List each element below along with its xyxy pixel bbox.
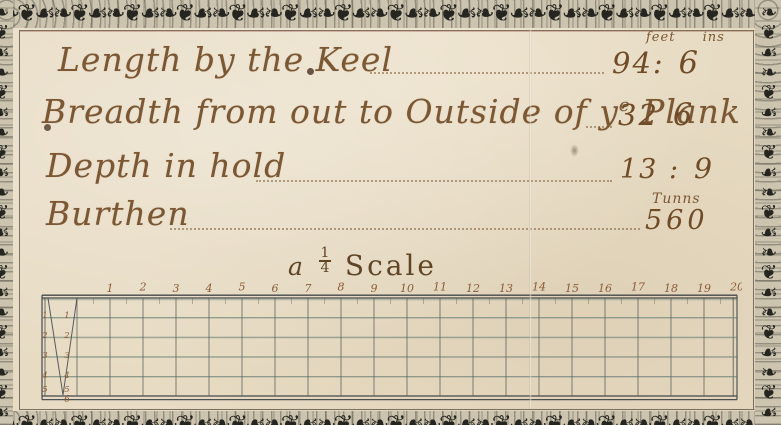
svg-text:14: 14 (532, 282, 546, 294)
value-feet: 13 : (620, 154, 680, 185)
svg-text:1: 1 (107, 282, 114, 295)
spec-row-burthen-label: Burthen (46, 194, 190, 233)
fraction-denominator: 4 (320, 263, 329, 274)
svg-text:4: 4 (63, 371, 69, 381)
engraved-border-top: ❧❦☙❧❦☙❧❦☙❧❦☙❧❦☙❧❦☙❧❦☙❧❦☙❧❦☙❧❦☙❧❦☙❧❦☙❧❦☙❧… (0, 0, 781, 28)
svg-text:13: 13 (499, 282, 513, 295)
svg-text:9: 9 (371, 282, 378, 295)
dotted-leader (170, 206, 640, 230)
svg-text:12: 12 (466, 282, 480, 295)
svg-text:16: 16 (598, 282, 612, 295)
engraved-border-right: ❧❦☙❧❦☙❧❦☙❧❦☙❧❦☙❧❦☙❧❦☙❧❦☙❧❦☙❧❦☙❧❦☙❧❦☙❧❦☙❧… (755, 0, 781, 425)
svg-text:20: 20 (729, 282, 742, 294)
spec-row-length-keel-label: Length by the Keel (58, 40, 393, 79)
value-inches: 6 (673, 98, 694, 133)
dotted-leader (256, 158, 612, 182)
spec-row-burthen-value: 560 (645, 205, 709, 236)
value-feet: 94: (612, 46, 665, 80)
units-feet-label: feet (646, 30, 675, 45)
paper-fold-crease (529, 29, 532, 409)
svg-text:17: 17 (631, 282, 645, 294)
dotted-leader (370, 50, 604, 74)
svg-text:1: 1 (64, 311, 69, 321)
svg-text:1: 1 (42, 311, 47, 321)
svg-text:15: 15 (565, 282, 579, 295)
svg-text:2: 2 (139, 282, 147, 294)
spec-row-depth-label: Depth in hold (46, 146, 286, 185)
engraved-border-bottom: ❧❦☙❧❦☙❧❦☙❧❦☙❧❦☙❧❦☙❧❦☙❧❦☙❧❦☙❧❦☙❧❦☙❧❦☙❧❦☙❧… (0, 411, 781, 425)
svg-text:5: 5 (42, 385, 47, 395)
svg-text:18: 18 (664, 282, 678, 295)
svg-text:11: 11 (433, 282, 447, 294)
svg-text:5: 5 (239, 282, 246, 294)
svg-text:10: 10 (400, 282, 414, 295)
paper-stain (570, 144, 579, 157)
quarter-scale-ruler: 1234567891011121314151617181920123451234… (40, 282, 742, 404)
svg-text:8: 8 (338, 282, 345, 294)
scale-fraction: 1 4 (319, 248, 331, 274)
units-inches-label: ins (703, 30, 725, 45)
svg-text:2: 2 (41, 331, 47, 341)
spec-row-depth-value: 13 :9 (620, 152, 714, 185)
svg-text:6: 6 (272, 282, 279, 295)
svg-text:2: 2 (63, 331, 69, 341)
svg-text:5: 5 (64, 385, 69, 395)
value-feet: 32 (618, 98, 659, 132)
value-inches: 6 (679, 46, 700, 81)
svg-text:7: 7 (305, 282, 312, 295)
units-header: feet ins (646, 30, 725, 45)
svg-text:3: 3 (64, 351, 69, 361)
spec-row-length-keel-value: 94:6 (612, 46, 700, 81)
svg-text:19: 19 (697, 282, 711, 295)
svg-text:4: 4 (205, 282, 213, 295)
spec-row-breadth-value: 326 (618, 98, 694, 133)
svg-text:6: 6 (64, 395, 70, 404)
fraction-numerator: 1 (320, 248, 329, 259)
svg-text:4: 4 (41, 371, 47, 381)
value-inches: 9 (694, 152, 714, 185)
scale-title: a 1 4 Scale (288, 248, 437, 282)
engraved-border-left: ❧❦☙❧❦☙❧❦☙❧❦☙❧❦☙❧❦☙❧❦☙❧❦☙❧❦☙❧❦☙❧❦☙❧❦☙❧❦☙❧… (0, 0, 13, 425)
scale-title-prefix: a (288, 252, 303, 281)
svg-text:3: 3 (173, 282, 180, 295)
scale-title-word: Scale (345, 249, 437, 282)
svg-text:3: 3 (42, 351, 47, 361)
